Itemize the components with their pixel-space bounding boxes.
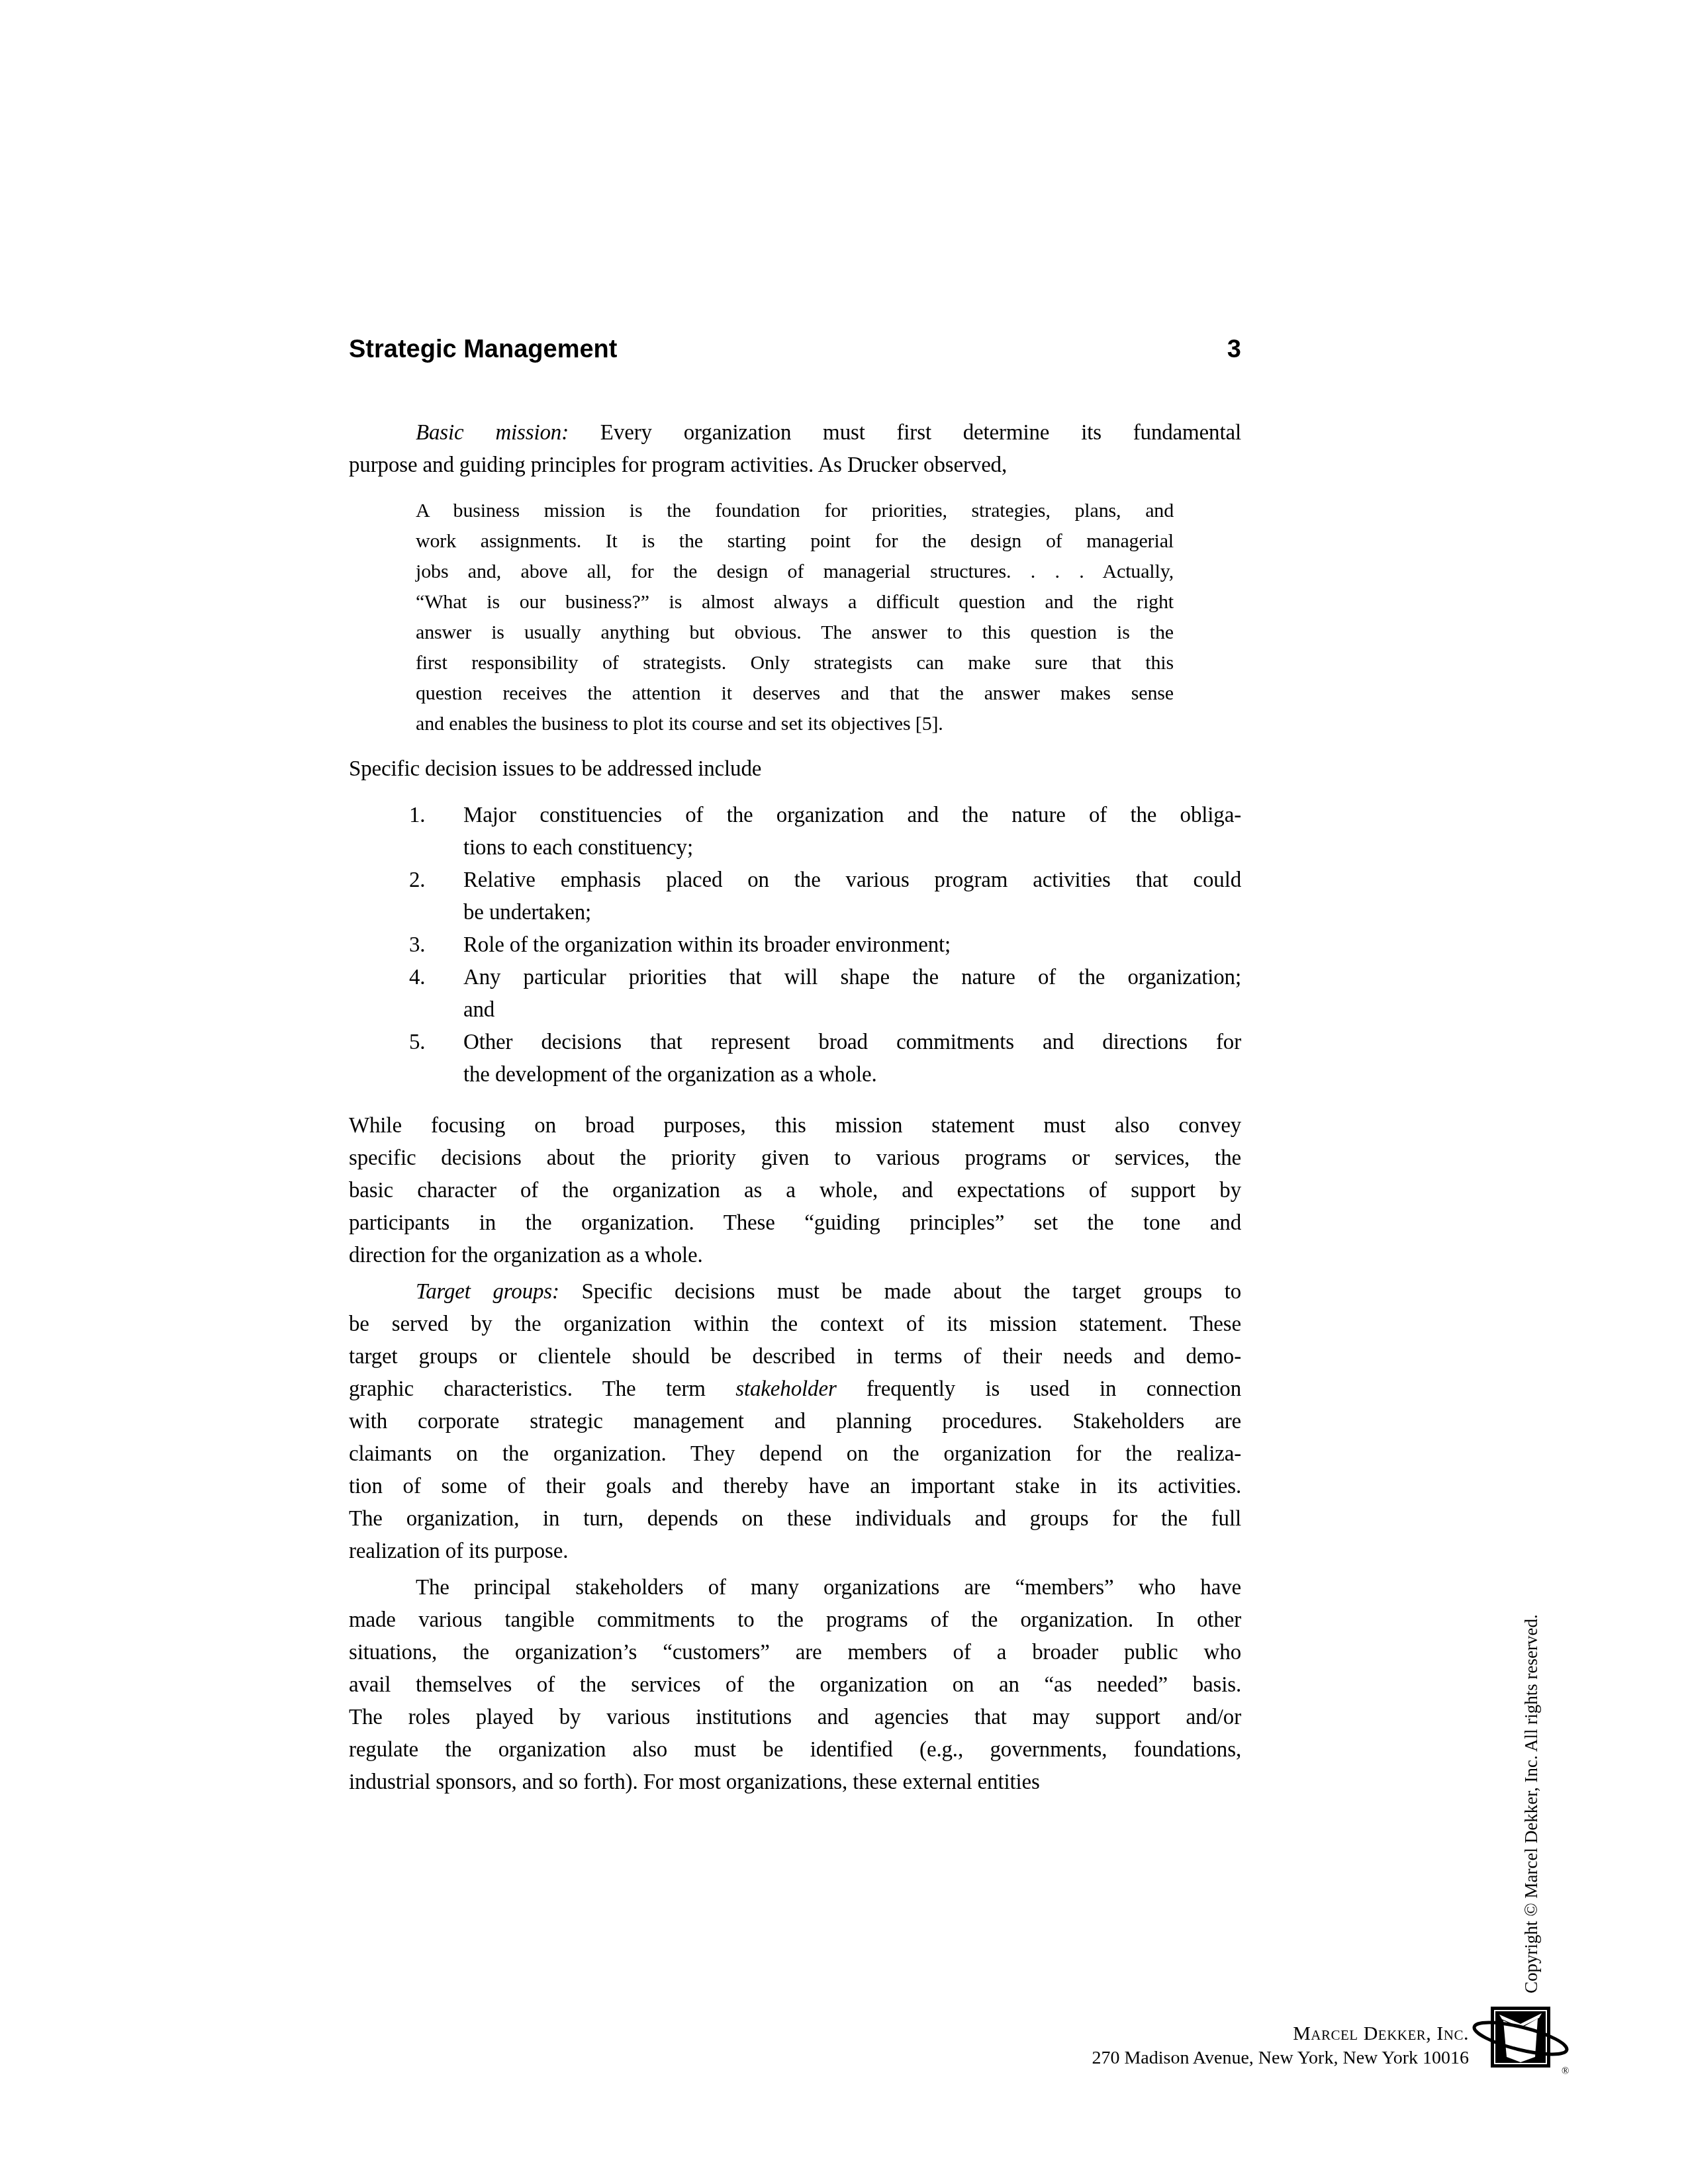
drucker-quote: A business mission is the foundation for… [416, 496, 1174, 739]
text-line: be undertaken; [463, 897, 1241, 929]
text: be undertaken; [463, 901, 591, 925]
text-line: realization of its purpose. [349, 1535, 1241, 1568]
text-line: Basic mission: Every organization must f… [349, 417, 1241, 449]
list-item-text: Other decisions that represent broad com… [463, 1026, 1241, 1091]
text: While focusing on broad purposes, this m… [349, 1114, 1241, 1138]
paragraph-principal-stakeholders: The principal stakeholders of many organ… [349, 1572, 1241, 1799]
page-header: Strategic Management 3 [349, 335, 1241, 364]
text-line: be served by the organization within the… [349, 1308, 1241, 1341]
text: Role of the organization within its broa… [463, 933, 951, 957]
text: and [463, 998, 494, 1022]
italic-text: Target groups: [416, 1280, 559, 1304]
text-line: tion of some of their goals and thereby … [349, 1471, 1241, 1503]
text-line: tions to each constituency; [463, 832, 1241, 864]
text-line: “What is our business?” is almost always… [416, 587, 1174, 617]
list-item: 5.Other decisions that represent broad c… [349, 1026, 1241, 1091]
text: and enables the business to plot its cou… [416, 713, 943, 735]
text-line: first responsibility of strategists. Onl… [416, 648, 1174, 678]
text-line: the development of the organization as a… [463, 1059, 1241, 1091]
text: Any particular priorities that will shap… [463, 966, 1241, 989]
text-line: claimants on the organization. They depe… [349, 1438, 1241, 1471]
text-line: The roles played by various institutions… [349, 1702, 1241, 1734]
text-line: The organization, in turn, depends on th… [349, 1503, 1241, 1535]
text: industrial sponsors, and so forth). For … [349, 1770, 1040, 1794]
list-item-text: Role of the organization within its broa… [463, 929, 1241, 962]
paragraph-decision-issues-intro: Specific decision issues to be addressed… [349, 753, 1241, 786]
text-line: answer is usually anything but obvious. … [416, 617, 1174, 648]
text: The principal stakeholders of many organ… [416, 1576, 1241, 1600]
text-line: work assignments. It is the starting poi… [416, 526, 1174, 557]
text: situations, the organization’s “customer… [349, 1641, 1241, 1664]
list-item-number: 5. [409, 1026, 463, 1091]
text-line: basic character of the organization as a… [349, 1175, 1241, 1207]
text-line: made various tangible commitments to the… [349, 1604, 1241, 1637]
text-line: industrial sponsors, and so forth). For … [349, 1766, 1241, 1799]
text-line: specific decisions about the priority gi… [349, 1142, 1241, 1175]
text: participants in the organization. These … [349, 1211, 1241, 1235]
list-item-number: 3. [409, 929, 463, 962]
italic-text: Basic mission: [416, 421, 569, 445]
publisher-address: 270 Madison Avenue, New York, New York 1… [1092, 2046, 1469, 2070]
text-line: question receives the attention it deser… [416, 678, 1174, 709]
paragraph-target-groups: Target groups: Specific decisions must b… [349, 1276, 1241, 1568]
body-text: Basic mission: Every organization must f… [349, 417, 1241, 1799]
text: specific decisions about the priority gi… [349, 1146, 1241, 1170]
text: realization of its purpose. [349, 1539, 568, 1563]
decision-issues-list: 1.Major constituencies of the organizati… [349, 799, 1241, 1091]
paragraph-while-focusing: While focusing on broad purposes, this m… [349, 1110, 1241, 1272]
publisher-name: Marcel Dekker, Inc. [1092, 2021, 1469, 2046]
text-line: with corporate strategic management and … [349, 1406, 1241, 1438]
list-item-text: Any particular priorities that will shap… [463, 962, 1241, 1026]
page-number: 3 [1227, 335, 1241, 364]
text: with corporate strategic management and … [349, 1410, 1241, 1433]
text-line: The principal stakeholders of many organ… [349, 1572, 1241, 1604]
copyright-notice: Copyright © Marcel Dekker, Inc. All righ… [1520, 1614, 1542, 1993]
text: Relative emphasis placed on the various … [463, 868, 1241, 892]
text-line: situations, the organization’s “customer… [349, 1637, 1241, 1669]
text: basic character of the organization as a… [349, 1179, 1241, 1203]
registered-trademark-icon: ® [1562, 2066, 1569, 2076]
list-item: 2.Relative emphasis placed on the variou… [349, 864, 1241, 929]
list-item: 1.Major constituencies of the organizati… [349, 799, 1241, 864]
italic-text: stakeholder [735, 1377, 836, 1401]
list-item: 3.Role of the organization within its br… [349, 929, 1241, 962]
text-line: direction for the organization as a whol… [349, 1240, 1241, 1272]
text: first responsibility of strategists. Onl… [416, 652, 1174, 674]
marcel-dekker-logo: ® [1465, 2000, 1577, 2076]
text-line: Major constituencies of the organization… [463, 799, 1241, 832]
text: tion of some of their goals and thereby … [349, 1475, 1241, 1498]
text: tions to each constituency; [463, 836, 693, 860]
text: purpose and guiding principles for progr… [349, 453, 1007, 477]
text-line: While focusing on broad purposes, this m… [349, 1110, 1241, 1142]
text-line: target groups or clientele should be des… [349, 1341, 1241, 1373]
list-item-text: Major constituencies of the organization… [463, 799, 1241, 864]
text: claimants on the organization. They depe… [349, 1442, 1241, 1466]
text-line: and enables the business to plot its cou… [416, 709, 1174, 739]
running-head-title: Strategic Management [349, 335, 617, 364]
text-line: Any particular priorities that will shap… [463, 962, 1241, 994]
text-line: purpose and guiding principles for progr… [349, 449, 1241, 482]
text: jobs and, above all, for the design of m… [416, 561, 1174, 582]
text-line: regulate the organization also must be i… [349, 1734, 1241, 1766]
list-item-number: 2. [409, 864, 463, 929]
text: The organization, in turn, depends on th… [349, 1507, 1241, 1531]
paragraph-basic-mission: Basic mission: Every organization must f… [349, 417, 1241, 482]
text: Every organization must first determine … [569, 421, 1241, 445]
text: frequently is used in connection [837, 1377, 1241, 1401]
text: Major constituencies of the organization… [463, 803, 1241, 827]
text: Specific decision issues to be addressed… [349, 757, 761, 781]
text-line: A business mission is the foundation for… [416, 496, 1174, 526]
text-line: Role of the organization within its broa… [463, 929, 1241, 962]
text-line: avail themselves of the services of the … [349, 1669, 1241, 1702]
text: The roles played by various institutions… [349, 1706, 1241, 1729]
text: the development of the organization as a… [463, 1063, 877, 1087]
text-line: Relative emphasis placed on the various … [463, 864, 1241, 897]
list-item: 4.Any particular priorities that will sh… [349, 962, 1241, 1026]
text: be served by the organization within the… [349, 1312, 1241, 1336]
document-page: Strategic Management 3 Basic mission: Ev… [0, 0, 1688, 2184]
publisher-block: Marcel Dekker, Inc. 270 Madison Avenue, … [1092, 2021, 1469, 2070]
text-line: graphic characteristics. The term stakeh… [349, 1373, 1241, 1406]
text-line: Other decisions that represent broad com… [463, 1026, 1241, 1059]
text: avail themselves of the services of the … [349, 1673, 1241, 1697]
text-line: and [463, 994, 1241, 1026]
text-line: jobs and, above all, for the design of m… [416, 557, 1174, 587]
text: Specific decisions must be made about th… [559, 1280, 1241, 1304]
list-item-number: 4. [409, 962, 463, 1026]
text: A business mission is the foundation for… [416, 500, 1174, 522]
text: regulate the organization also must be i… [349, 1738, 1241, 1762]
text: work assignments. It is the starting poi… [416, 530, 1174, 552]
text-line: Target groups: Specific decisions must b… [349, 1276, 1241, 1308]
text: direction for the organization as a whol… [349, 1244, 703, 1267]
text: “What is our business?” is almost always… [416, 591, 1174, 613]
text: question receives the attention it deser… [416, 682, 1174, 704]
list-item-number: 1. [409, 799, 463, 864]
text: Other decisions that represent broad com… [463, 1030, 1241, 1054]
text-line: participants in the organization. These … [349, 1207, 1241, 1240]
text: target groups or clientele should be des… [349, 1345, 1241, 1369]
text: answer is usually anything but obvious. … [416, 621, 1174, 643]
list-item-text: Relative emphasis placed on the various … [463, 864, 1241, 929]
text: graphic characteristics. The term [349, 1377, 735, 1401]
text: made various tangible commitments to the… [349, 1608, 1241, 1632]
text-line: Specific decision issues to be addressed… [349, 753, 1241, 786]
